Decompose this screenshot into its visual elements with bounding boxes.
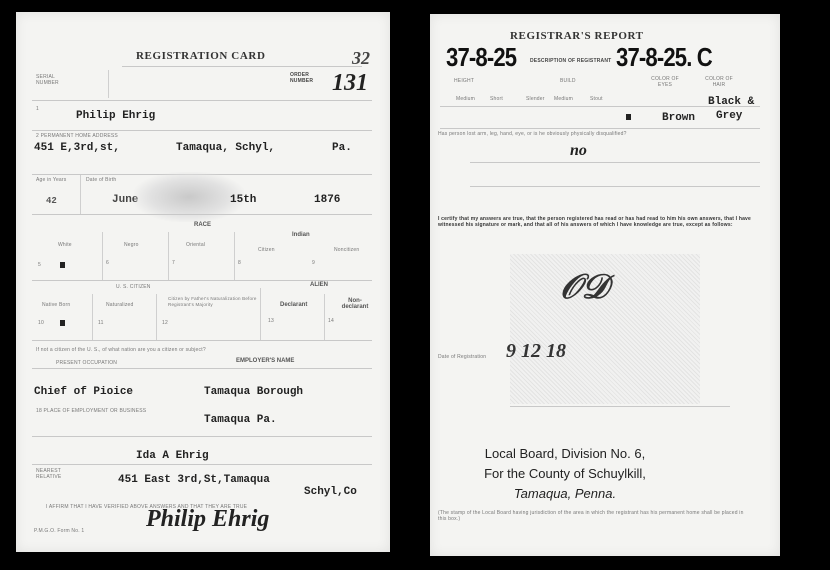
relative-name: Ida A Ehrig <box>136 450 209 462</box>
registrar-report-title: REGISTRAR'S REPORT <box>510 30 644 42</box>
native-born-checked-mark <box>60 320 65 326</box>
hair-value-1: Black & <box>708 96 754 108</box>
citizen-header: U. S. CITIZEN <box>116 284 151 290</box>
date-label: Date of Registration <box>438 354 486 360</box>
dob-day: 15th <box>230 194 256 206</box>
address-state: Pa. <box>332 142 352 154</box>
registrant-name: Philip Ehrig <box>76 110 155 122</box>
age-label: Age in Years <box>36 177 66 183</box>
hair-value-2: Grey <box>716 110 742 122</box>
dob-year: 1876 <box>314 194 340 206</box>
nation-question: If not a citizen of the U. S., of what n… <box>36 347 266 353</box>
card-title: REGISTRATION CARD <box>136 50 266 62</box>
relative-address-line1: 451 East 3rd,St,Tamaqua <box>118 474 270 486</box>
description-label: DESCRIPTION OF REGISTRANT <box>530 58 611 64</box>
relative-label: NEAREST RELATIVE <box>36 468 70 480</box>
date-value: 9 12 18 <box>506 340 566 363</box>
form-label: P.M.G.O. Form No. 1 <box>34 528 84 534</box>
address-label: 2 PERMANENT HOME ADDRESS <box>36 133 118 139</box>
address-street: 451 E,3rd,st, <box>34 142 120 154</box>
disability-answer: no <box>570 142 587 160</box>
relative-address-line2: Schyl,Co <box>304 486 357 498</box>
board-footer-text: (The stamp of the Local Board having jur… <box>438 510 748 522</box>
employment-place-label: 18 PLACE OF EMPLOYMENT OR BUSINESS <box>36 408 146 414</box>
occupation-label: PRESENT OCCUPATION <box>56 360 117 366</box>
stamp-left: 37-8-25 <box>446 42 516 73</box>
certify-text: I certify that my answers are true, that… <box>438 216 768 228</box>
disability-question: Has person lost arm, leg, hand, eye, or … <box>438 131 768 137</box>
employer-label: EMPLOYER'S NAME <box>236 358 294 364</box>
board-line3: Tamaqua, Penna. <box>430 486 700 501</box>
board-line1: Local Board, Division No. 6, <box>430 446 700 461</box>
white-checked-mark <box>60 262 65 268</box>
race-header: RACE <box>194 222 211 228</box>
order-label: ORDER NUMBER <box>290 72 322 84</box>
alien-header: ALIEN <box>310 282 328 288</box>
registration-card-back: REGISTRAR'S REPORT 37-8-25 DESCRIPTION O… <box>430 14 780 556</box>
serial-label: SERIAL NUMBER <box>36 74 72 86</box>
employment-place-value: Tamaqua Pa. <box>204 414 277 426</box>
race-indian-label: Indian <box>292 232 310 238</box>
age-value: 42 <box>46 196 57 206</box>
employer-value: Tamaqua Borough <box>204 386 303 398</box>
registrant-signature: Philip Ehrig <box>146 506 269 533</box>
board-line2: For the County of Schuylkill, <box>430 466 700 481</box>
order-number: 131 <box>332 70 368 97</box>
dob-label: Date of Birth <box>86 177 116 183</box>
registration-card-front: REGISTRATION CARD SERIAL NUMBER ORDER NU… <box>16 12 390 552</box>
eyes-value: Brown <box>662 112 695 124</box>
build-checked-mark <box>626 114 631 120</box>
address-city: Tamaqua, Schyl, <box>176 142 275 154</box>
occupation-value: Chief of Pioice <box>34 386 133 398</box>
order-number-top: 32 <box>352 48 370 69</box>
stamp-right: 37-8-25. C <box>616 42 712 73</box>
registrar-signature-mark: 𝒪𝒟 <box>560 269 609 307</box>
